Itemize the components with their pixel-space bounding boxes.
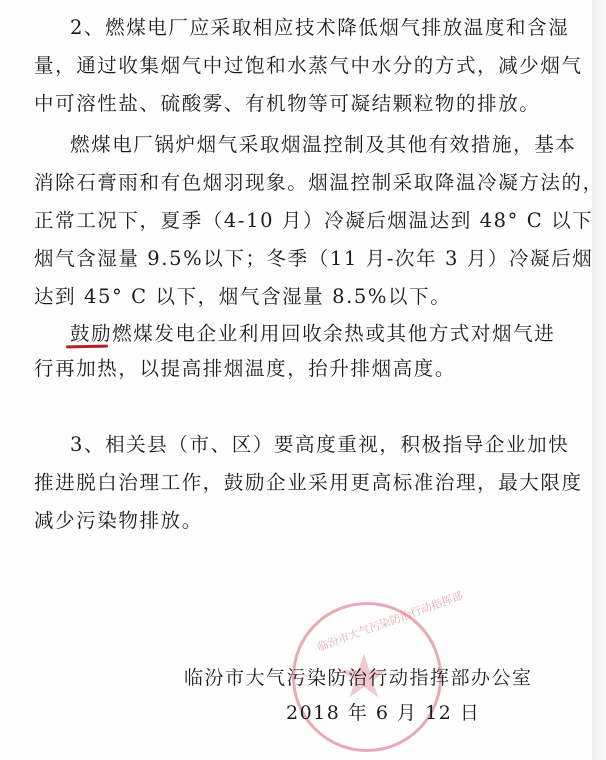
section2-line-1: 2、燃煤电厂应采取相应技术降低烟气排放温度和含湿 [70,16,569,40]
section3-line-1: 3、相关县（市、区）要高度重视，积极指导企业加快 [70,433,569,457]
page-edge [592,0,606,760]
section2-line-3: 中可溶性盐、硫酸雾、有机物等可凝结颗粒物的排放。 [34,92,540,116]
reheat-line-2: 行再加热，以提高排烟温度，抬升排烟高度。 [34,357,456,381]
issue-date: 2018 年 6 月 12 日 [286,698,480,725]
reheat-line-1: 鼓励燃煤发电企业利用回收余热或其他方式对烟气进 [70,322,555,346]
section3-line-2: 推进脱白治理工作，鼓励企业采用更高标准治理，最大限度 [34,471,583,495]
temperature-line-2: 消除石膏雨和有色烟羽现象。烟温控制采取降温冷凝方法的， [34,171,604,195]
section2-line-2: 量，通过收集烟气中过饱和水蒸气中水分的方式，减少烟气 [34,54,583,78]
red-underline-annotation [66,345,108,349]
temperature-line-3: 正常工况下，夏季（4-10 月）冷凝后烟温达到 48° C 以下， [34,209,606,233]
section3-line-3: 减少污染物排放。 [34,509,203,533]
temperature-line-5: 达到 45° C 以下，烟气含湿量 8.5%以下。 [34,285,451,309]
document-page: 2、燃煤电厂应采取相应技术降低烟气排放温度和含湿 量，通过收集烟气中过饱和水蒸气… [0,0,592,760]
temperature-line-4: 烟气含湿量 9.5%以下；冬季（11 月-次年 3 月）冷凝后烟温 [34,247,606,271]
issuer-name: 临汾市大气污染防治行动指挥部办公室 [184,663,533,690]
temperature-line-1: 燃煤电厂锅炉烟气采取烟温控制及其他有效措施，基本 [70,133,576,157]
